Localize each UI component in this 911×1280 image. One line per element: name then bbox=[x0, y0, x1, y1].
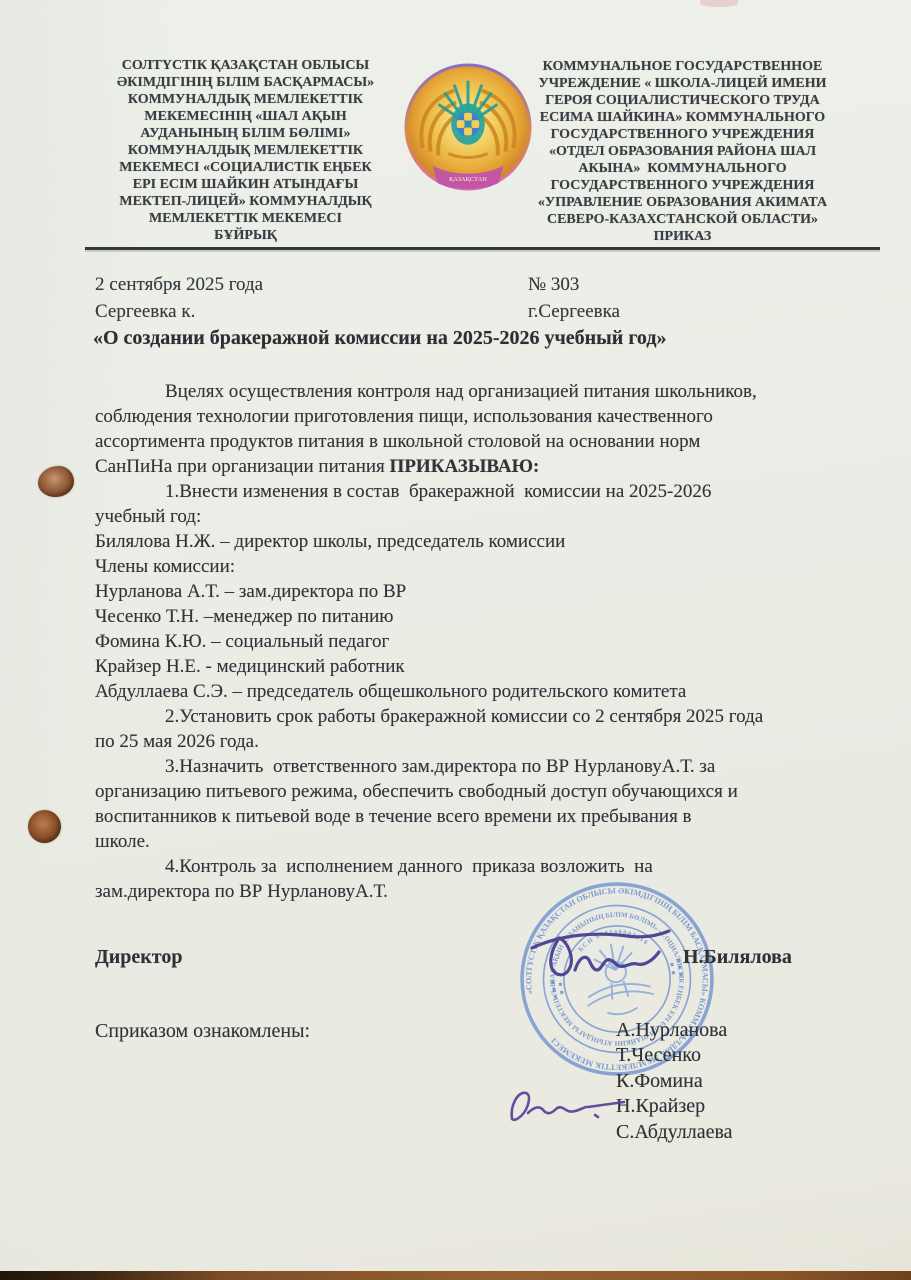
emblem-banner-text: ҚАЗАҚСТАН bbox=[449, 176, 487, 183]
doc-type-kazakh: БҰЙРЫҚ bbox=[88, 227, 403, 244]
order-body: Вцелях осуществления контроля над органи… bbox=[95, 379, 873, 904]
members-label: Члены комиссии: bbox=[95, 554, 873, 579]
header-org-kazakh: СОЛТҮСТІК ҚАЗАҚСТАН ОБЛЫСЫ ӘКІМДІГІНІҢ Б… bbox=[88, 57, 403, 227]
item-2: 2.Установить срок работы бракеражной ком… bbox=[95, 704, 873, 754]
order-title: «О создании бракеражной комиссии на 2025… bbox=[93, 327, 813, 350]
intro-paragraph: Вцелях осуществления контроля над органи… bbox=[95, 379, 873, 479]
item-1: 1.Внести изменения в состав бракеражной … bbox=[95, 479, 873, 529]
header-org-russian: КОММУНАЛЬНОЕ ГОСУДАРСТВЕННОЕ УЧРЕЖДЕНИЕ … bbox=[495, 58, 870, 228]
scan-smudge-artifact bbox=[700, 0, 738, 7]
kazakhstan-coat-of-arms-icon: ҚАЗАҚСТАН bbox=[403, 60, 533, 198]
members-list: Нурланова А.Т. – зам.директора по ВР Чес… bbox=[95, 579, 873, 704]
director-label: Директор bbox=[95, 946, 183, 969]
order-number-and-place: № 303 г.Сергеевка bbox=[528, 271, 620, 325]
header-org-russian-text: КОММУНАЛЬНОЕ ГОСУДАРСТВЕННОЕ УЧРЕЖДЕНИЕ … bbox=[538, 59, 827, 227]
header-org-kazakh-text: СОЛТҮСТІК ҚАЗАҚСТАН ОБЛЫСЫ ӘКІМДІГІНІҢ Б… bbox=[117, 58, 374, 226]
desk-edge bbox=[0, 1271, 911, 1280]
scanned-order-document: СОЛТҮСТІК ҚАЗАҚСТАН ОБЛЫСЫ ӘКІМДІГІНІҢ Б… bbox=[0, 0, 911, 1280]
paper-hole-artifact bbox=[28, 810, 61, 843]
paper-hole-artifact bbox=[38, 466, 74, 497]
member-signature-icon bbox=[500, 1083, 635, 1128]
order-date-and-place: 2 сентября 2025 года Сергеевка к. bbox=[95, 271, 263, 325]
director-name: Н.Билялова bbox=[683, 946, 792, 969]
order-verb: ПРИКАЗЫВАЮ: bbox=[390, 456, 540, 477]
item-3: 3.Назначить ответственного зам.директора… bbox=[95, 754, 873, 854]
doc-type-russian: ПРИКАЗ bbox=[495, 228, 870, 245]
director-signature-icon bbox=[527, 918, 682, 990]
item-4: 4.Контроль за исполнением данного приказ… bbox=[95, 854, 873, 904]
header-divider bbox=[85, 247, 880, 250]
commission-chair: Билялова Н.Ж. – директор школы, председа… bbox=[95, 529, 873, 554]
acknowledged-label: Сприказом ознакомлены: bbox=[95, 1020, 310, 1043]
